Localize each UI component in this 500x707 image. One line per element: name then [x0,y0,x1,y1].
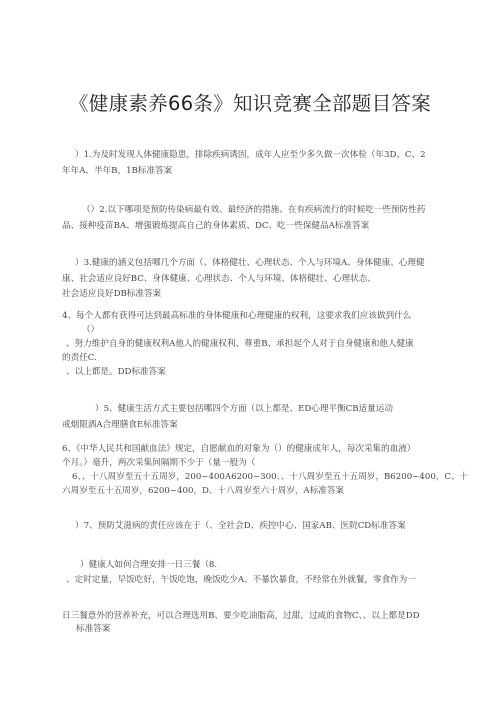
text-line: 6、、十八周岁至五十五周岁，200~400A6200~300、、十八周岁至五十五… [72,472,468,483]
text-line: ）7、预防艾滋病的责任应该在于（、全社会D、疾控中心、国家AB、医院CD标准答案 [75,521,406,532]
text-line: 年年A、半年B，1B标准答案 [62,166,172,177]
text-line: 、定时定量，早饭吃好，午饭吃饱，晚饭吃少A、不暴饮暴食，不经常在外就餐，零食作为… [66,575,416,586]
text-line: 标准答案 [76,624,110,635]
text-line: ）健康人如何合理安排一日三餐（8. [80,560,217,571]
text-line: ）5、健康生活方式主要包括哪四个方面（以上都是、ED心理平衡CB适量运动 [95,404,393,415]
text-line: 日三餐意外的营养补充，可以合理选用B、要少吃油脂高，过甜，过咸的食物C、、以上都… [62,611,420,622]
text-line: 戒烟限酒A合理膳食E标准答案 [62,420,178,431]
text-line: 6、《中华人民共和国献血法》规定，自愿献血的对象为（）的健康成年人，每次采集的血… [62,444,416,455]
text-line: 个月。）毫升，两次采集间隔期不少于（量一般为（ [62,458,255,469]
document-title: 《健康素养66条》知识竞赛全部题目答案 [0,88,500,116]
text-line: （）2.以下哪项是预防传染病最有效、最经济的措施、在有疾病流行的时候吃一些预防性… [82,205,425,216]
text-line: 4、每个人都有获得可达到最高标准的身体健康和心理健康的权利，这要求我们应该做到什… [62,311,411,322]
text-line: ）3.健康的涵义包括哪几个方面（、体格健壮、心理状态、个人与环境A、身体健康、心… [75,258,425,269]
text-line: 、努力维护自身的健康权利A他人的健康权利、尊重B、承担起个人对于自身健康和他人健… [66,339,414,350]
text-line: 社会适应良好DB标准答案 [62,289,161,300]
text-line: 六周岁至五十五周岁，6200~400，D、十八周岁至六十周岁，A标准答案 [62,486,344,497]
text-line: 康、社会适应良好BC、身体健康、心理状态、个人与环境、体格健壮、心理状态、 [62,274,376,285]
text-line: 、以上都是。DD标准答案 [66,367,166,378]
text-line: 品、接种疫苗BA、增强锻炼提高自己的身体素质、DC、吃一些保健品A标准答案 [62,221,369,232]
text-line: ）1.为及时发现人体健康隐患，排除疾病诱因，成年人应至少多久做一次体检（年3D、… [75,150,426,161]
text-line: （） [82,325,99,336]
text-line: 的责任C. [62,353,97,364]
